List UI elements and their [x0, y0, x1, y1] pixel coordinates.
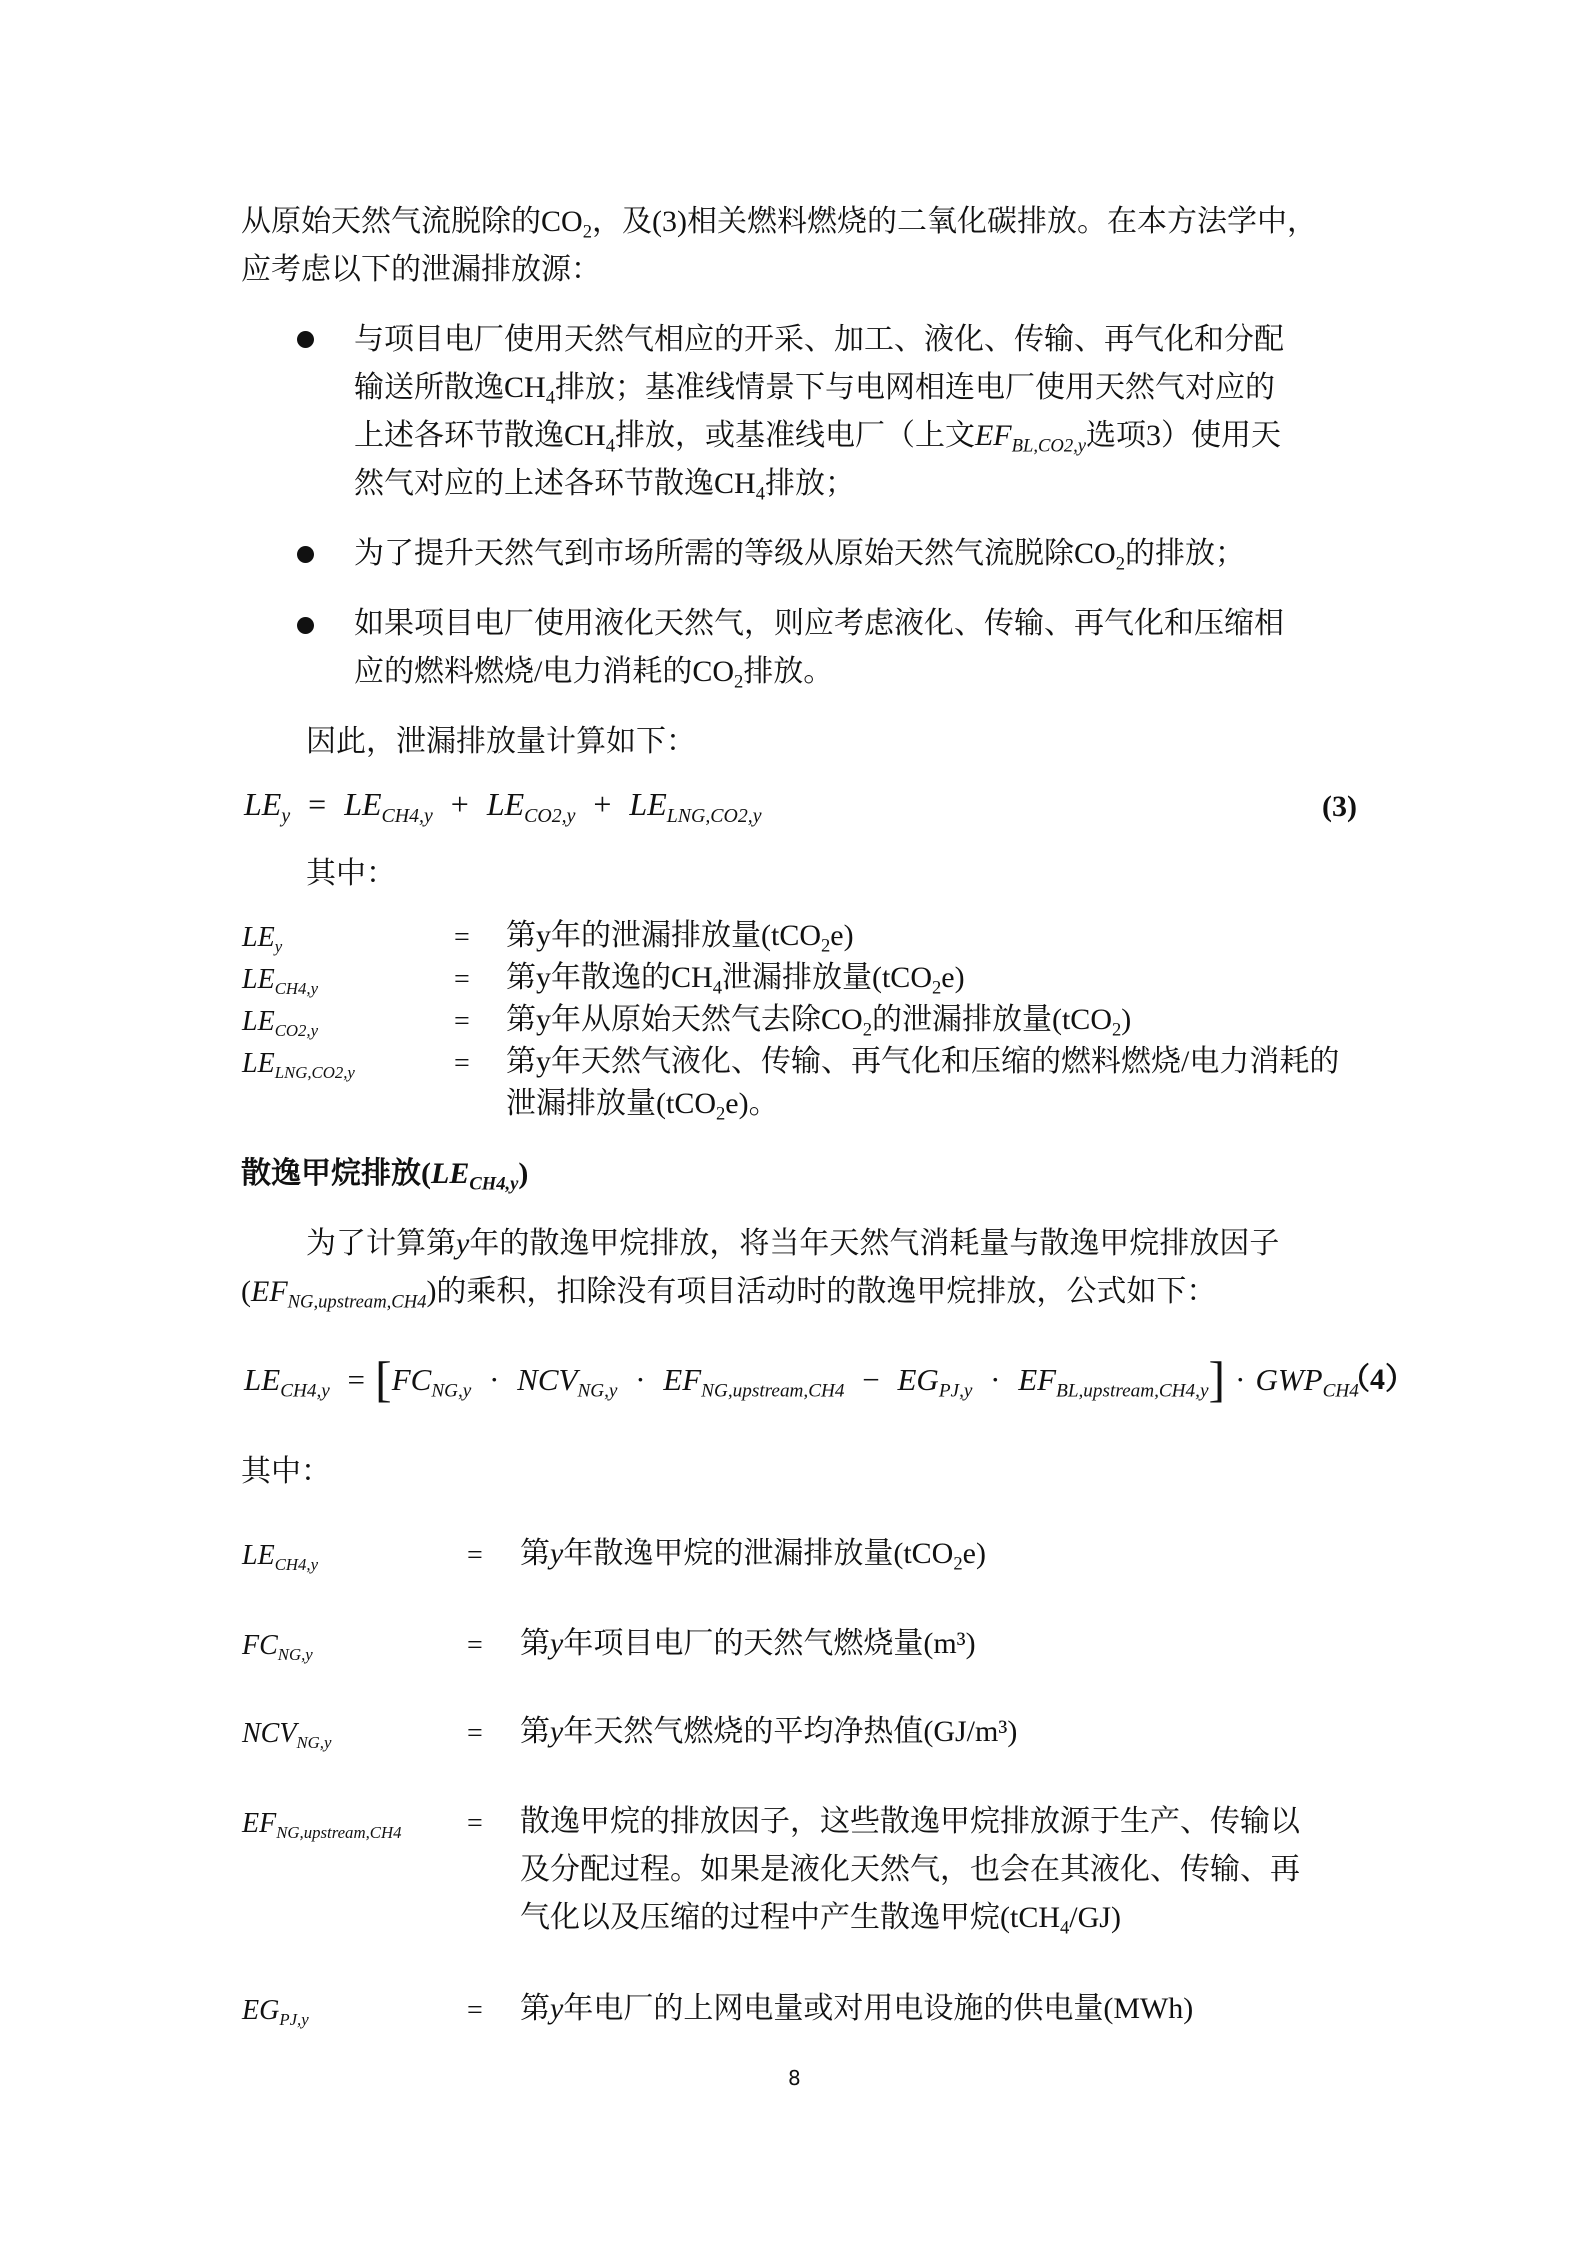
subscript: 2 [583, 222, 592, 243]
def-equals: = [467, 1630, 483, 1662]
subscript: CH4,y [382, 805, 433, 827]
subscript: y [281, 805, 290, 827]
eq-symbol: LE [344, 786, 381, 822]
subscript: 2 [1116, 554, 1125, 575]
subscript: CO2,y [524, 805, 575, 827]
text: ，及(3)相关燃料燃烧的二氧化碳排放。在本方法学中， [592, 205, 1317, 238]
def-symbol: LECH4,y [242, 1540, 318, 1572]
bullet-1-line-2: 输送所散逸CH4排放；基准线情景下与电网相连电厂使用天然气对应的 [354, 364, 1275, 412]
eq-symbol: LE [487, 786, 524, 822]
eq-symbol: LE [244, 786, 281, 822]
plus-sign: + [593, 786, 611, 822]
def-text-cont: 泄漏排放量(tCO2e)。 [506, 1080, 779, 1128]
def-text: 第y年天然气燃烧的平均净热值(GJ/m³) [520, 1708, 1017, 1756]
def-symbol: EGPJ,y [242, 1995, 309, 2027]
text: 散逸甲烷排放( [241, 1157, 431, 1190]
def-text: 第y年天然气液化、传输、再气化和压缩的燃料燃烧/电力消耗的 [506, 1038, 1339, 1086]
def-symbol: LELNG,CO2,y [242, 1048, 355, 1080]
equation-3-number: (3) [1322, 790, 1357, 824]
def-text: 第y年电厂的上网电量或对用电设施的供电量(MWh) [520, 1985, 1193, 2033]
text: 然气对应的上述各环节散逸CH [354, 467, 756, 500]
def-text: 第y年从原始天然气去除CO2的泄漏排放量(tCO2) [506, 996, 1131, 1044]
section-heading: 散逸甲烷排放(LECH4,y) [241, 1150, 528, 1198]
text: ) [518, 1157, 528, 1190]
text: 排放；基准线情景下与电网相连电厂使用天然气对应的 [555, 371, 1275, 404]
def-equals: = [467, 1995, 483, 2027]
symbol: LE [431, 1157, 469, 1190]
text: 排放。 [743, 655, 833, 688]
subscript: 2 [734, 672, 743, 693]
def-equals: = [454, 1006, 470, 1038]
def-symbol: EFNG,upstream,CH4 [242, 1808, 401, 1840]
intro-line-1: 从原始天然气流脱除的CO2，及(3)相关燃料燃烧的二氧化碳排放。在本方法学中， [241, 198, 1317, 246]
def-equals: = [467, 1540, 483, 1572]
bullet-1-line-3: 上述各环节散逸CH4排放，或基准线电厂（上文EFBL,CO2,y选项3）使用天 [354, 412, 1281, 460]
def-text: 第y年散逸甲烷的泄漏排放量(tCO2e) [520, 1530, 986, 1578]
def-text-cont: 及分配过程。如果是液化天然气，也会在其液化、传输、再 [520, 1846, 1300, 1894]
def-equals: = [454, 922, 470, 954]
para2-line-1: 为了计算第y年的散逸甲烷排放，将当年天然气消耗量与散逸甲烷排放因子 [306, 1220, 1279, 1268]
intro-line-2: 应考虑以下的泄漏排放源： [241, 246, 601, 294]
equals-sign: = [348, 1362, 365, 1397]
text: 从原始天然气流脱除的CO [241, 205, 583, 238]
subscript: CH4,y [469, 1174, 518, 1195]
text: 上述各环节散逸CH [354, 419, 606, 452]
bullet-dot-icon [297, 331, 314, 348]
bullet-dot-icon [297, 546, 314, 563]
subscript: 4 [546, 388, 555, 409]
equation-4-number: （4） [1340, 1354, 1415, 1398]
para2-line-2: (EFNG,upstream,CH4)的乘积，扣除没有项目活动时的散逸甲烷排放，… [241, 1268, 1216, 1316]
page-number: 8 [788, 2066, 801, 2090]
bullet-2-line-1: 为了提升天然气到市场所需的等级从原始天然气流脱除CO2的排放； [354, 530, 1245, 578]
def-equals: = [454, 1048, 470, 1080]
equation-4: LECH4,y =[FCNG,y · NCVNG,y · EFNG,upstre… [244, 1350, 1359, 1408]
def-text-cont: 气化以及压缩的过程中产生散逸甲烷(tCH4/GJ) [520, 1894, 1121, 1942]
subscript: 4 [756, 484, 765, 505]
where-label-1: 其中： [306, 850, 396, 898]
text: 应的燃料燃烧/电力消耗的CO [354, 655, 734, 688]
def-equals: = [454, 964, 470, 996]
def-equals: = [467, 1718, 483, 1750]
plus-sign: + [451, 786, 469, 822]
subscript: BL,CO2,y [1012, 436, 1086, 457]
right-bracket: ] [1208, 1351, 1225, 1407]
text: 输送所散逸CH [354, 371, 546, 404]
def-text: 第y年的泄漏排放量(tCO2e) [506, 912, 854, 960]
text: 选项3）使用天 [1086, 419, 1281, 452]
text: 排放，或基准线电厂（上文 [615, 419, 975, 452]
def-symbol: NCVNG,y [242, 1718, 331, 1750]
text: 排放； [765, 467, 855, 500]
def-symbol: LEy [242, 922, 282, 954]
left-bracket: [ [375, 1351, 392, 1407]
bullet-3-line-2: 应的燃料燃烧/电力消耗的CO2排放。 [354, 648, 833, 696]
def-symbol: FCNG,y [242, 1630, 313, 1662]
text: 为了提升天然气到市场所需的等级从原始天然气流脱除CO [354, 537, 1116, 570]
equals-sign: = [308, 786, 326, 822]
def-equals: = [467, 1808, 483, 1840]
bullet-1-line-1: 与项目电厂使用天然气相应的开采、加工、液化、传输、再气化和分配 [354, 316, 1284, 364]
subscript: LNG,CO2,y [667, 805, 762, 827]
where-label-2: 其中： [241, 1448, 331, 1496]
eq-symbol: LE [629, 786, 666, 822]
symbol: EF [975, 419, 1012, 452]
bullet-dot-icon [297, 617, 314, 634]
def-text: 第y年散逸的CH4泄漏排放量(tCO2e) [506, 954, 965, 1002]
def-symbol: LECO2,y [242, 1006, 318, 1038]
bullet-3-line-1: 如果项目电厂使用液化天然气，则应考虑液化、传输、再气化和压缩相 [354, 600, 1284, 648]
equation-3: LEy = LECH4,y + LECO2,y + LELNG,CO2,y [244, 786, 762, 823]
bullet-1-line-4: 然气对应的上述各环节散逸CH4排放； [354, 460, 855, 508]
def-text: 散逸甲烷的排放因子，这些散逸甲烷排放源于生产、传输以 [520, 1798, 1300, 1846]
calc-intro: 因此，泄漏排放量计算如下： [306, 718, 696, 766]
text: 的排放； [1125, 537, 1245, 570]
def-symbol: LECH4,y [242, 964, 318, 996]
def-text: 第y年项目电厂的天然气燃烧量(m³) [520, 1620, 976, 1668]
subscript: 4 [606, 436, 615, 457]
